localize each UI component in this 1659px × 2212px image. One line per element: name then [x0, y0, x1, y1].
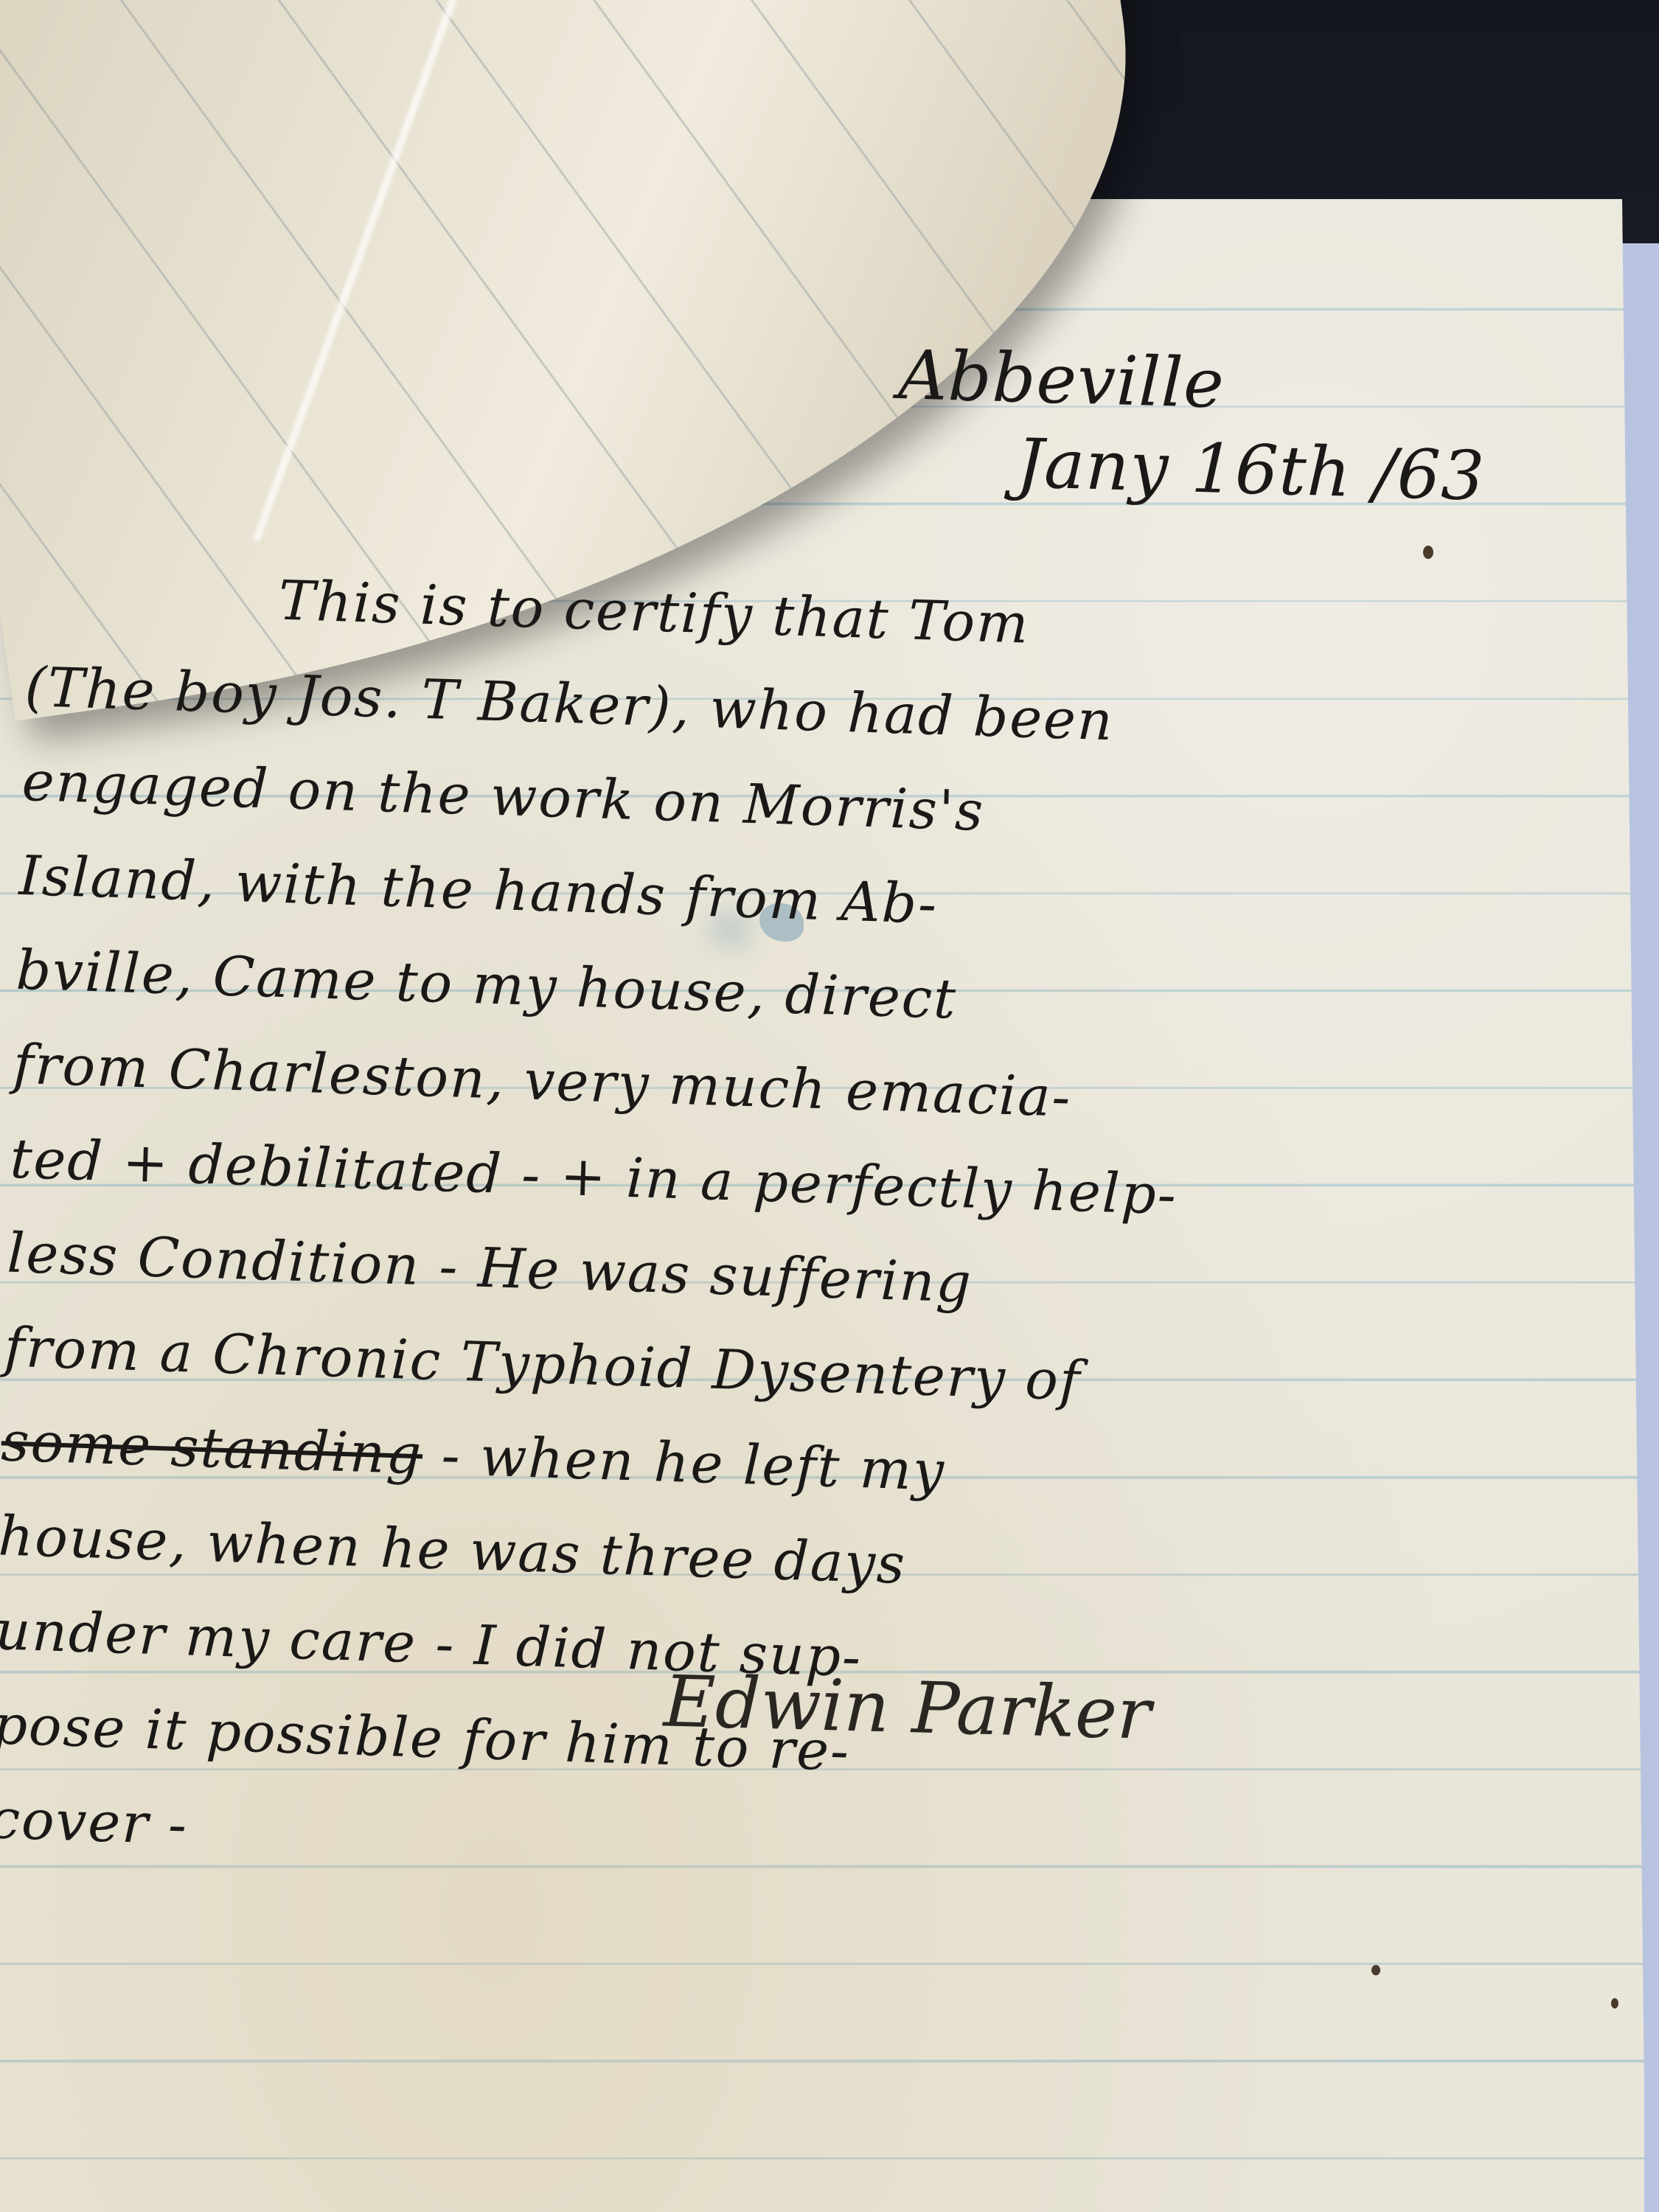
struck-text: some standing [0, 1410, 423, 1486]
letter-place: Abbeville [897, 335, 1225, 423]
signature: Edwin Parker [663, 1660, 1152, 1755]
letter-date: Jany 16th /63 [1015, 424, 1486, 516]
paper-speck [1423, 546, 1433, 559]
paper-speck [1611, 1998, 1618, 2008]
paper-speck [1371, 1965, 1380, 1975]
